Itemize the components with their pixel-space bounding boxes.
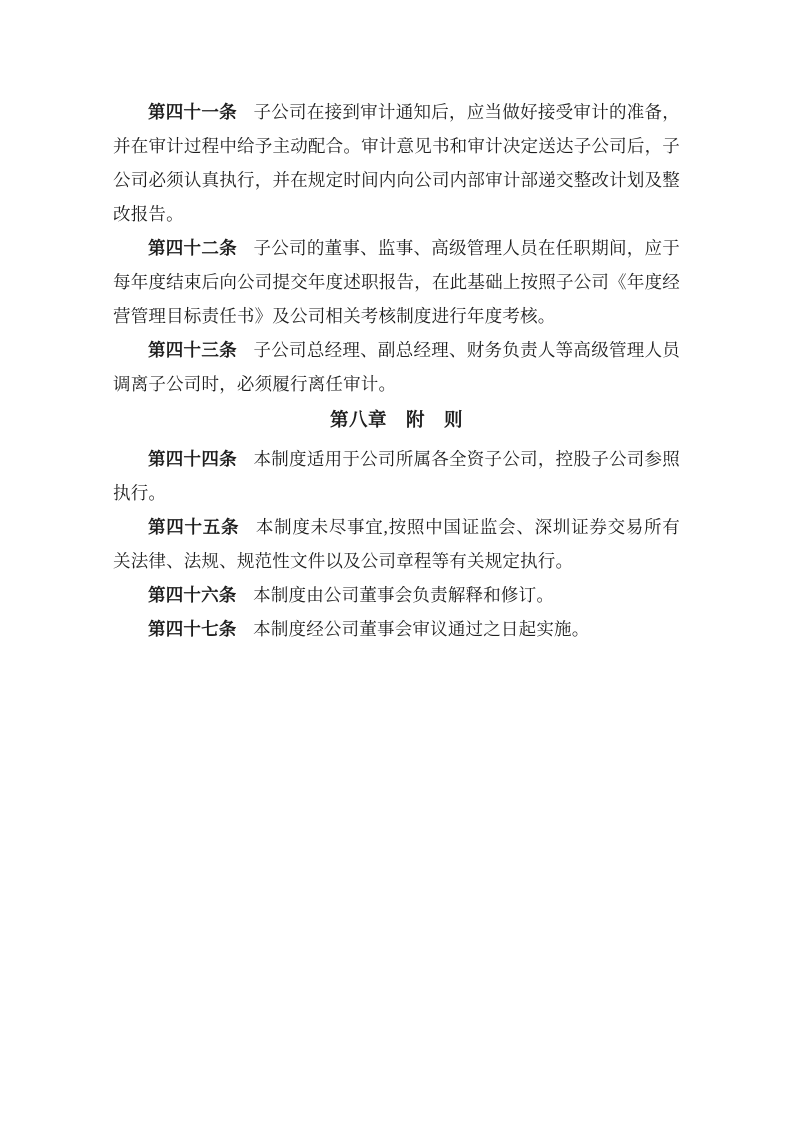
document-page: 第四十一条子公司在接到审计通知后，应当做好接受审计的准备，并在审计过程中给予主动…	[0, 0, 793, 1122]
article-46-number: 第四十六条	[148, 585, 253, 605]
article-47-text: 本制度经公司董事会审议通过之日起实施。	[253, 619, 589, 639]
article-45-paragraph: 第四十五条本制度未尽事宜,按照中国证监会、深圳证券交易所有关法律、法规、规范性文…	[113, 510, 680, 578]
article-45-number: 第四十五条	[148, 517, 256, 537]
article-46-paragraph: 第四十六条本制度由公司董事会负责解释和修订。	[113, 578, 680, 612]
article-42-paragraph: 第四十二条子公司的董事、监事、高级管理人员在任职期间，应于每年度结束后向公司提交…	[113, 231, 680, 333]
article-41-number: 第四十一条	[148, 102, 254, 122]
article-47-paragraph: 第四十七条本制度经公司董事会审议通过之日起实施。	[113, 612, 680, 646]
article-46-text: 本制度由公司董事会负责解释和修订。	[253, 585, 554, 605]
chapter-heading: 第八章 附 则	[113, 401, 680, 442]
article-41-paragraph: 第四十一条子公司在接到审计通知后，应当做好接受审计的准备，并在审计过程中给予主动…	[113, 95, 680, 231]
article-42-number: 第四十二条	[148, 238, 254, 258]
article-47-number: 第四十七条	[148, 619, 253, 639]
article-43-paragraph: 第四十三条子公司总经理、副总经理、财务负责人等高级管理人员调离子公司时，必须履行…	[113, 333, 680, 401]
document-content: 第四十一条子公司在接到审计通知后，应当做好接受审计的准备，并在审计过程中给予主动…	[113, 95, 680, 646]
article-44-number: 第四十四条	[148, 449, 254, 469]
article-43-number: 第四十三条	[148, 340, 254, 360]
article-44-paragraph: 第四十四条本制度适用于公司所属各全资子公司，控股子公司参照执行。	[113, 442, 680, 510]
